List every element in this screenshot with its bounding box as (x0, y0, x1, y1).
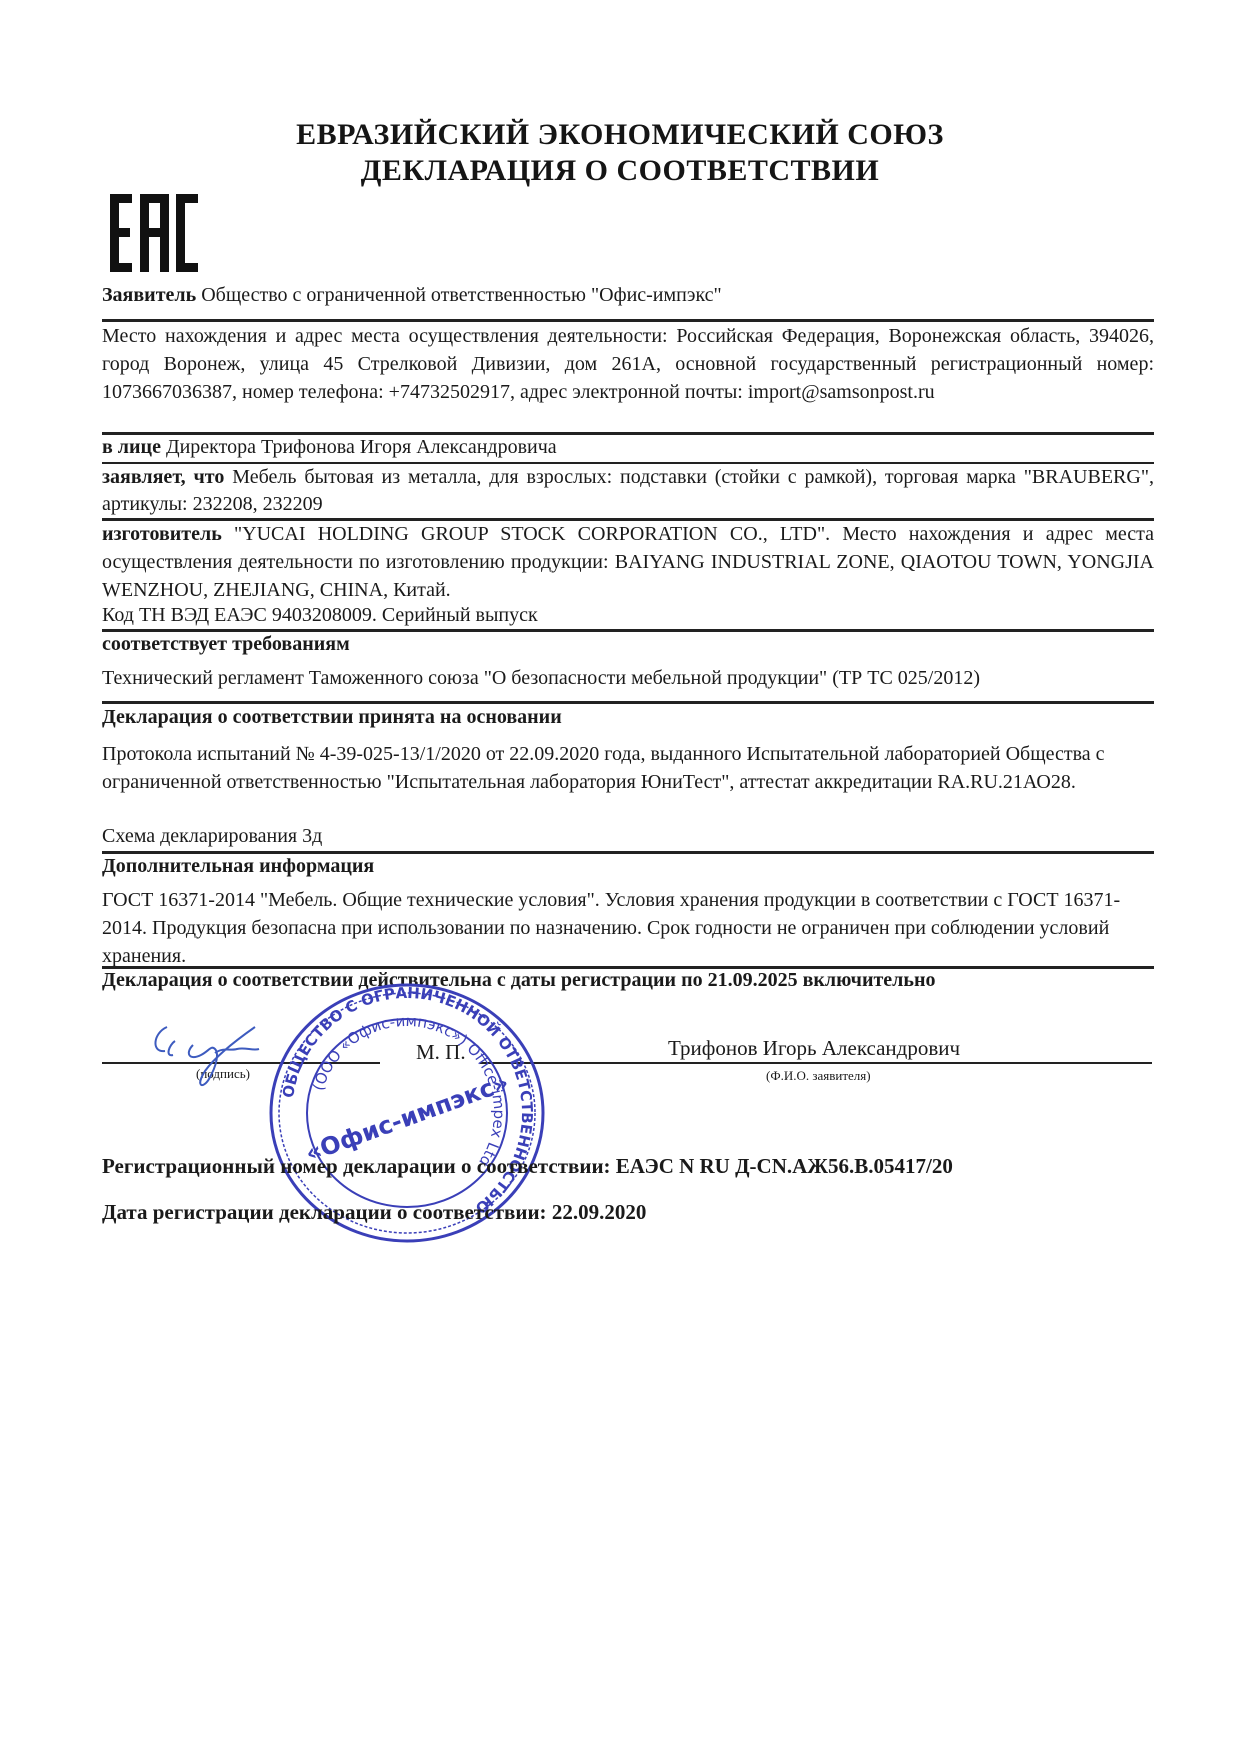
manufacturer-value: "YUCAI HOLDING GROUP STOCK CORPORATION C… (102, 523, 1154, 601)
represented-value: Директора Трифонова Игоря Александровича (166, 436, 557, 458)
registration-date-value: 22.09.2020 (552, 1200, 647, 1224)
manufacturer-block: изготовитель "YUCAI HOLDING GROUP STOCK … (102, 520, 1154, 604)
applicant-label: Заявитель (102, 284, 196, 306)
basis-label: Декларация о соответствии принята на осн… (102, 704, 1154, 731)
name-caption: (Ф.И.О. заявителя) (766, 1068, 871, 1084)
signatory-name: Трифонов Игорь Александрович (668, 1036, 960, 1061)
declaration-scheme: Схема декларирования 3д (102, 823, 1154, 850)
address-block: Место нахождения и адрес места осуществл… (102, 322, 1154, 406)
document-title: ДЕКЛАРАЦИЯ О СООТВЕТСТВИИ (0, 154, 1240, 188)
name-line (480, 1062, 1152, 1064)
declares-label: заявляет, что (102, 466, 224, 488)
registration-date-label: Дата регистрации декларации о соответств… (102, 1200, 547, 1224)
registration-number-row: Регистрационный номер декларации о соотв… (102, 1153, 1154, 1180)
additional-label: Дополнительная информация (102, 853, 1154, 880)
registration-number-value: ЕАЭС N RU Д-CN.АЖ56.В.05417/20 (616, 1154, 953, 1178)
registration-number-label: Регистрационный номер декларации о соотв… (102, 1154, 611, 1178)
declares-value: Мебель бытовая из металла, для взрослых:… (102, 466, 1154, 515)
union-title: ЕВРАЗИЙСКИЙ ЭКОНОМИЧЕСКИЙ СОЮЗ (0, 118, 1240, 152)
complies-label: соответствует требованиям (102, 631, 1154, 658)
additional-value: ГОСТ 16371-2014 "Мебель. Общие техническ… (102, 886, 1122, 970)
eac-mark-icon (108, 192, 200, 274)
represented-row: в лице Директора Трифонова Игоря Алексан… (102, 434, 1154, 461)
validity-text: Декларация о соответствии действительна … (102, 967, 1154, 994)
applicant-row: Заявитель Общество с ограниченной ответс… (102, 282, 1154, 309)
basis-value: Протокола испытаний № 4-39-025-13/1/2020… (102, 740, 1142, 796)
manufacturer-label: изготовитель (102, 523, 222, 545)
registration-date-row: Дата регистрации декларации о соответств… (102, 1199, 1154, 1226)
applicant-value: Общество с ограниченной ответственностью… (201, 284, 722, 306)
complies-value: Технический регламент Таможенного союза … (102, 665, 1154, 692)
declares-block: заявляет, что Мебель бытовая из металла,… (102, 464, 1154, 518)
declaration-page: ЕВРАЗИЙСКИЙ ЭКОНОМИЧЕСКИЙ СОЮЗ ДЕКЛАРАЦИ… (0, 0, 1240, 1753)
represented-label: в лице (102, 436, 161, 458)
hs-code: Код ТН ВЭД ЕАЭС 9403208009. Серийный вып… (102, 602, 1154, 629)
